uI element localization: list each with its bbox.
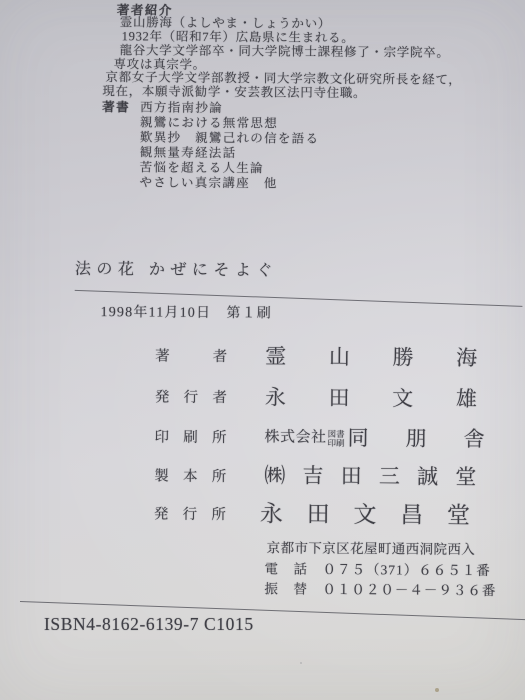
book-colophon-page: 著者紹介 霊山勝海（よしやま・しょうかい） 1932年（昭和7年）広島県に生まれ… <box>0 0 525 700</box>
publisher-address: 京都市下京区花屋町通西洞院西入 <box>267 541 476 556</box>
colophon-label-author: 著者 <box>155 350 227 365</box>
paper-speck <box>300 662 302 664</box>
works-heading: 著書 <box>102 101 130 114</box>
works-item: 親鸞における無常思想 <box>140 116 278 130</box>
printer-company-small-bottom: 印刷 <box>328 438 345 447</box>
colophon-label-binder: 製本所 <box>154 470 226 485</box>
works-item: 観無量寿経法話 <box>140 146 237 159</box>
author-intro-line: 現在，本願寺派勧学・安芸教区法円寺住職。 <box>102 85 366 100</box>
works-item: 苦悩を超える人生論 <box>140 161 264 174</box>
printer-company-prefix: 株式会社 <box>265 430 327 445</box>
publisher-postal-transfer: 振 替 ０１０２０－４－９３６番 <box>264 582 496 597</box>
paper-speck <box>435 688 439 692</box>
works-item: 歎異抄 親鸞己れの信を語る <box>140 131 319 145</box>
printer-company-name: 同朋舎 <box>348 428 485 450</box>
publisher-phone: 電 話 ０７５（371）６６５１番 <box>264 562 490 577</box>
colophon-value-publisher: 永田文昌堂 <box>260 502 470 527</box>
page-content: 著者紹介 霊山勝海（よしやま・しょうかい） 1932年（昭和7年）広島県に生まれ… <box>0 0 525 700</box>
colophon-label-publisher-person: 発行者 <box>155 391 227 406</box>
colophon-label-printer: 印刷所 <box>155 431 227 446</box>
printer-company-small-stack: 図書 印刷 <box>328 430 345 447</box>
book-title: 法の花 かぜにそよぐ <box>75 262 278 280</box>
printing-date: 1998年11月10日 第１刷 <box>100 306 272 321</box>
author-intro-line: 1932年（昭和7年）広島県に生まれる。 <box>122 30 355 44</box>
colophon-value-binder: ㈱吉田三誠堂 <box>264 465 476 488</box>
colophon-value-author: 霊山勝海 <box>265 346 477 369</box>
works-item: やさしい真宗講座 他 <box>140 176 278 190</box>
works-item: 西方指南抄論 <box>140 101 223 114</box>
colophon-value-printer: 株式会社 図書 印刷 同朋舎 <box>264 427 484 450</box>
isbn-text: ISBN4-8162-6139-7 C1015 <box>44 616 254 634</box>
author-intro-line: 霊山勝海（よしやま・しょうかい） <box>120 16 331 30</box>
colophon-label-publisher: 発行所 <box>154 508 226 523</box>
colophon-value-publisher-person: 永田文雄 <box>265 387 477 410</box>
